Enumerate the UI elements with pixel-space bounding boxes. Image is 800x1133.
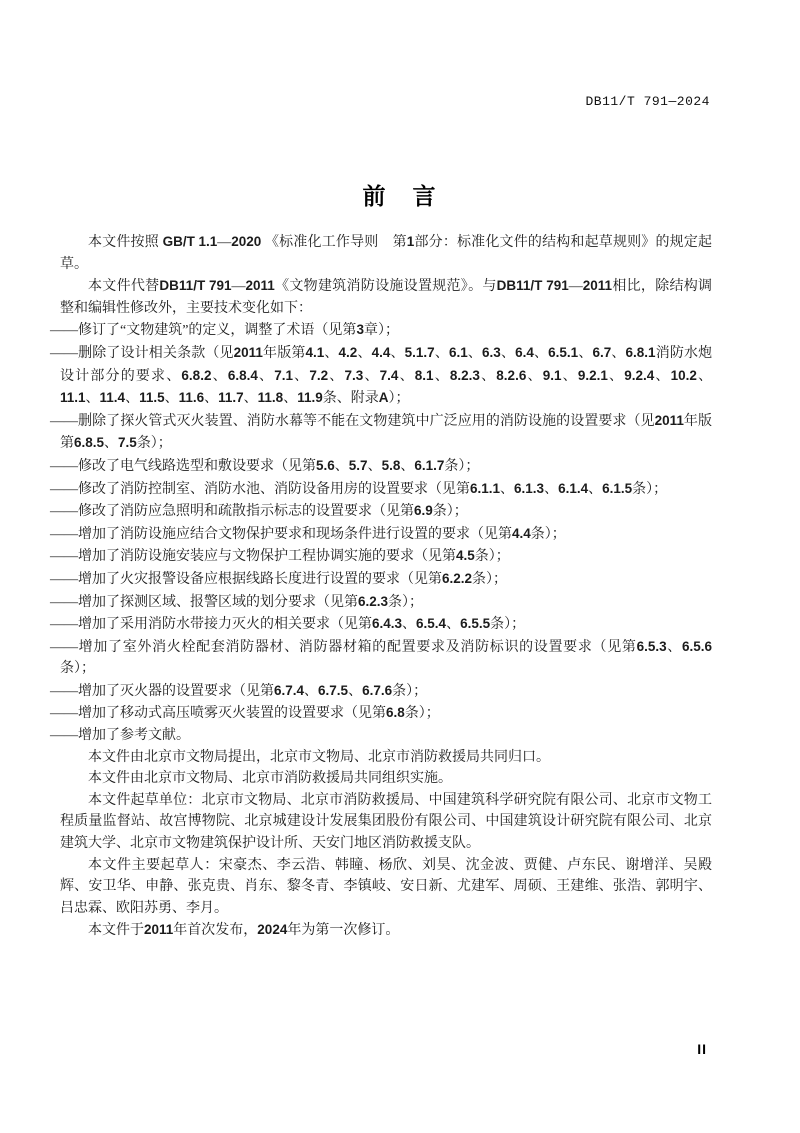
page-title: 前 言	[0, 178, 800, 211]
change-list-item: ——修改了电气线路选型和敷设要求（见第5.6、5.7、5.8、6.1.7条）；	[60, 455, 712, 478]
foreword-paragraph: 本文件由北京市文物局、北京市消防救援局共同组织实施。	[60, 768, 712, 790]
change-list-item: ——增加了室外消火栓配套消防器材、消防器材箱的配置要求及消防标识的设置要求（见第…	[60, 636, 712, 680]
change-list-item: ——增加了消防设施安装应与文物保护工程协调实施的要求（见第4.5条）；	[60, 545, 712, 568]
change-list-item: ——删除了设计相关条款（见2011年版第4.1、4.2、4.4、5.1.7、6.…	[60, 342, 712, 410]
change-list-item: ——增加了探测区域、报警区域的划分要求（见第6.2.3条）；	[60, 591, 712, 614]
change-list-item: ——修改了消防应急照明和疏散指示标志的设置要求（见第6.9条）；	[60, 500, 712, 523]
foreword-body: 本文件按照 GB/T 1.1—2020 《标准化工作导则 第1部分：标准化文件的…	[60, 231, 712, 942]
change-list-item: ——增加了火灾报警设备应根据线路长度进行设置的要求（见第6.2.2条）；	[60, 568, 712, 591]
change-list-item: ——增加了参考文献。	[60, 725, 712, 747]
change-list-item: ——增加了移动式高压喷雾灭火装置的设置要求（见第6.8条）；	[60, 702, 712, 725]
change-list-item: ——修改了消防控制室、消防水池、消防设备用房的设置要求（见第6.1.1、6.1.…	[60, 478, 712, 501]
document-page: DB11/T 791—2024 前 言 本文件按照 GB/T 1.1—2020 …	[0, 0, 800, 1133]
change-list-item: ——增加了灭火器的设置要求（见第6.7.4、6.7.5、6.7.6条）；	[60, 680, 712, 703]
foreword-paragraph: 本文件按照 GB/T 1.1—2020 《标准化工作导则 第1部分：标准化文件的…	[60, 231, 712, 275]
foreword-paragraph: 本文件主要起草人：宋豪杰、李云浩、韩瞳、杨欣、刘昊、沈金波、贾健、卢东民、谢增洋…	[60, 855, 712, 920]
change-list-item: ——增加了采用消防水带接力灭火的相关要求（见第6.4.3、6.5.4、6.5.5…	[60, 613, 712, 636]
foreword-paragraph: 本文件起草单位：北京市文物局、北京市消防救援局、中国建筑科学研究院有限公司、北京…	[60, 790, 712, 855]
foreword-paragraph: 本文件于2011年首次发布，2024年为第一次修订。	[60, 919, 712, 942]
standard-code-header: DB11/T 791—2024	[585, 94, 710, 109]
change-list-item: ——删除了探火管式灭火装置、消防水幕等不能在文物建筑中广泛应用的消防设施的设置要…	[60, 410, 712, 455]
change-list-item: ——增加了消防设施应结合文物保护要求和现场条件进行设置的要求（见第4.4条）；	[60, 523, 712, 546]
foreword-paragraph: 本文件由北京市文物局提出，北京市文物局、北京市消防救援局共同归口。	[60, 747, 712, 769]
foreword-paragraph: 本文件代替DB11/T 791—2011《文物建筑消防设施设置规范》。与DB11…	[60, 275, 712, 319]
page-number: II	[697, 1041, 707, 1057]
change-list-item: ——修订了“文物建筑”的定义，调整了术语（见第3章）；	[60, 319, 712, 342]
